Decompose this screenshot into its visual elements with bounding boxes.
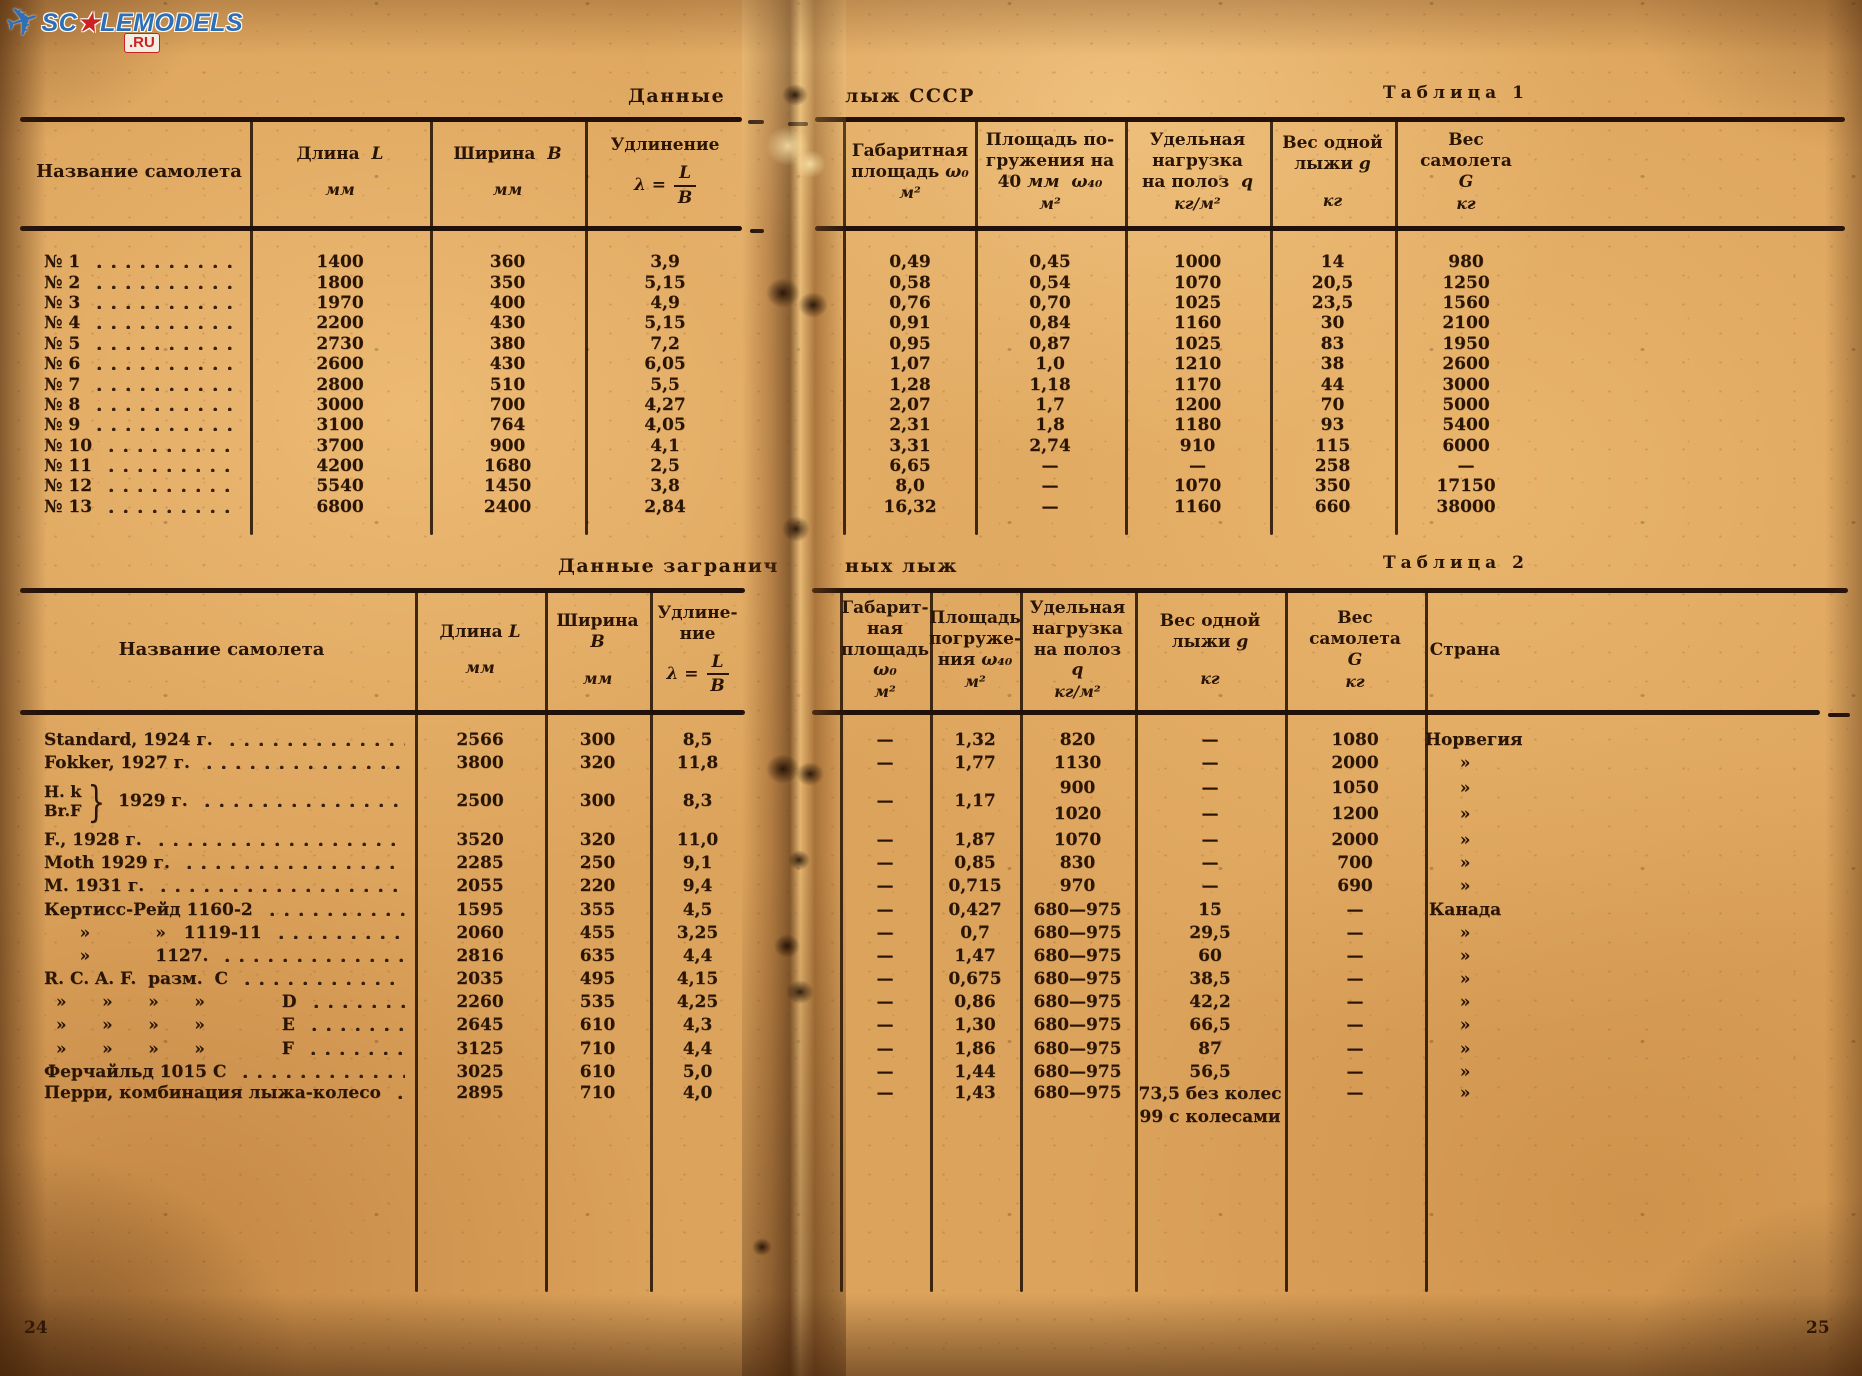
dot-leader	[154, 841, 405, 846]
cell-q: 1070	[1020, 830, 1135, 850]
stain	[752, 1238, 772, 1256]
cell-q: 9001020	[1020, 775, 1135, 828]
cell-w40: —	[975, 497, 1125, 517]
cell-g: 60	[1135, 946, 1285, 966]
cell-w0: —	[840, 1015, 930, 1035]
cell-w0: —	[840, 969, 930, 989]
cell-el: 4,0	[650, 1083, 745, 1103]
gutter-gap	[745, 594, 840, 706]
table-row: » 1127.28166354,4—1,47680—97560—»	[28, 944, 1845, 967]
header-submersion-area: Площадь погруже- ния ω₄₀ м²	[930, 594, 1020, 706]
cell-name: № 9	[28, 415, 250, 435]
cell-w0: 0,91	[845, 313, 975, 333]
cell-G: —	[1285, 992, 1425, 1012]
cell-len: 5540	[250, 476, 430, 496]
cell-w0: 1,28	[845, 375, 975, 395]
cell-q: 680—975	[1020, 969, 1135, 989]
table-row: № 422004305,150,910,841160302100	[28, 313, 1845, 333]
cell-name: » » » » D	[28, 992, 415, 1012]
table2-label: Таблица 2	[1383, 553, 1529, 573]
cell-el: 2,5	[585, 456, 745, 476]
cell-q: 970	[1020, 876, 1135, 896]
cell-g: 350	[1270, 476, 1395, 496]
cell-wid: 700	[430, 395, 585, 415]
cell-country: »	[1425, 853, 1845, 873]
cell-wid: 1680	[430, 456, 585, 476]
cell-el: 4,3	[650, 1015, 745, 1035]
cell-wid: 430	[430, 313, 585, 333]
dot-leader	[265, 911, 405, 916]
cell-len: 2200	[250, 313, 430, 333]
stain	[782, 516, 810, 542]
dot-leader	[92, 324, 240, 329]
cell-q: 1180	[1125, 415, 1270, 435]
cell-name: Standard, 1924 г.	[28, 730, 415, 750]
cell-q: 910	[1125, 436, 1270, 456]
cell-wid: 1450	[430, 476, 585, 496]
cell-G: 1250	[1395, 273, 1845, 293]
cell-w40: 0,427	[930, 900, 1020, 920]
table-row: № 626004306,051,071,01210382600	[28, 354, 1845, 374]
table-row: № 218003505,150,580,54107020,51250	[28, 272, 1845, 292]
table-row: № 114003603,90,490,45100014980	[28, 252, 1845, 272]
cell-name: » 1127.	[28, 946, 415, 966]
table2-header-rule-right	[812, 710, 1820, 715]
cell-len: 2285	[415, 853, 545, 873]
cell-len: 3000	[250, 395, 430, 415]
cell-wid: 495	[545, 969, 650, 989]
cell-g: 20,5	[1270, 273, 1395, 293]
cell-country: »	[1425, 992, 1845, 1012]
cell-g: 66,5	[1135, 1015, 1285, 1035]
cell-len: 3700	[250, 436, 430, 456]
cell-w40: 0,70	[975, 293, 1125, 313]
dot-leader	[92, 263, 240, 268]
cell-G: —	[1285, 1083, 1425, 1103]
cell-wid: 510	[430, 375, 585, 395]
cell-len: 2600	[250, 354, 430, 374]
table-row: Moth 1929 г.22852509,1—0,85830—700»	[28, 852, 1845, 875]
dot-leader	[309, 1003, 405, 1008]
table1-header-rule-left	[20, 226, 742, 231]
table-row: Ферчайльд 1015 С30256105,0—1,44680—97556…	[28, 1060, 1845, 1083]
cell-country: »	[1425, 969, 1845, 989]
cell-w40: 0,45	[975, 252, 1125, 272]
cell-wid: 635	[545, 946, 650, 966]
cell-g: —	[1135, 853, 1285, 873]
rule-dash	[1828, 713, 1850, 717]
table-row: Кертисс-Рейд 1160-215953554,5—0,427680—9…	[28, 898, 1845, 921]
cell-G: 2000	[1285, 753, 1425, 773]
dot-leader	[240, 980, 405, 985]
cell-w40: 1,18	[975, 375, 1125, 395]
cell-G: 2000	[1285, 830, 1425, 850]
cell-name: № 3	[28, 293, 250, 313]
cell-name: » » » » E	[28, 1015, 415, 1035]
cell-q: 820	[1020, 730, 1135, 750]
table-row: F., 1928 г.352032011,0—1,871070—2000»	[28, 828, 1845, 851]
cell-G: —	[1285, 1039, 1425, 1059]
cell-wid: 380	[430, 334, 585, 354]
cell-g: —	[1135, 830, 1285, 850]
table1-body: № 114003603,90,490,45100014980№ 21800350…	[28, 252, 1845, 517]
cell-w0: —	[840, 1039, 930, 1059]
gutter-gap	[745, 122, 845, 222]
cell-el: 4,25	[650, 992, 745, 1012]
table2-top-rule-right	[812, 588, 1848, 593]
cell-G: 700	[1285, 853, 1425, 873]
cell-name: » » 1119-11	[28, 923, 415, 943]
dot-leader	[238, 1073, 405, 1078]
cell-el: 4,4	[650, 1039, 745, 1059]
cell-w0: —	[840, 1083, 930, 1103]
cell-w0: —	[840, 830, 930, 850]
cell-len: 3125	[415, 1039, 545, 1059]
cell-w0: 1,07	[845, 354, 975, 374]
header-aircraft-name: Название самолета	[28, 594, 415, 706]
header-specific-load: Удельная нагрузка на полоз q кг/м²	[1020, 594, 1135, 706]
cell-len: 2730	[250, 334, 430, 354]
cell-g: 87	[1135, 1039, 1285, 1059]
cell-len: 3520	[415, 830, 545, 850]
table-row: № 11420016802,56,65——258—	[28, 456, 1845, 476]
cell-name: № 6	[28, 354, 250, 374]
cell-w0: 3,31	[845, 436, 975, 456]
cell-G: 5000	[1395, 395, 1845, 415]
cell-w40: 1,32	[930, 730, 1020, 750]
cell-el: 4,4	[650, 946, 745, 966]
cell-w40: 1,43	[930, 1083, 1020, 1103]
cell-g: —	[1135, 753, 1285, 773]
dot-leader	[307, 1026, 405, 1031]
cell-G: 1950	[1395, 334, 1845, 354]
cell-name: Ферчайльд 1015 С	[28, 1062, 415, 1082]
cell-w0: 2,31	[845, 415, 975, 435]
dot-leader	[182, 864, 405, 869]
header-overall-area: Габаритная площадь ω₀ м²	[845, 122, 975, 222]
header-ski-weight: Вес одной лыжи g кг	[1270, 122, 1395, 222]
cell-el: 3,25	[650, 923, 745, 943]
cell-g: 30	[1270, 313, 1395, 333]
table-row: № 12554014503,88,0—107035017150	[28, 476, 1845, 496]
dot-leader	[104, 508, 240, 513]
cell-G: 6000	[1395, 436, 1845, 456]
cell-name: H. kBr.F}1929 г.	[28, 782, 415, 820]
cell-w0: —	[840, 730, 930, 750]
cell-q: 1200	[1125, 395, 1270, 415]
cell-country: »	[1425, 946, 1845, 966]
table-row: № 1037009004,13,312,749101156000	[28, 436, 1845, 456]
cell-g: 56,5	[1135, 1062, 1285, 1082]
dot-leader	[225, 741, 405, 746]
table2-title-left: Данные загранич	[558, 555, 779, 577]
header-overall-area: Габарит- ная площадь ω₀ м²	[840, 594, 930, 706]
cell-name: Кертисс-Рейд 1160-2	[28, 900, 415, 920]
dot-leader	[92, 304, 240, 309]
cell-q: 680—975	[1020, 1083, 1135, 1103]
cell-wid: 430	[430, 354, 585, 374]
cell-el: 2,84	[585, 497, 745, 517]
cell-G: 980	[1395, 252, 1845, 272]
cell-len: 2060	[415, 923, 545, 943]
watermark-brand-pre: SC	[42, 9, 78, 37]
cell-el: 5,0	[650, 1062, 745, 1082]
cell-len: 2566	[415, 730, 545, 750]
cell-q: 1025	[1125, 293, 1270, 313]
cell-el: 4,15	[650, 969, 745, 989]
table1-title-right: лыж СССР	[845, 85, 975, 107]
table2-header: Название самолета Длина L мм Ширина B мм…	[28, 594, 1845, 706]
cell-el: 11,8	[650, 753, 745, 773]
cell-el: 4,9	[585, 293, 745, 313]
cell-name: R. C. A. F. разм. C	[28, 969, 415, 989]
cell-wid: 360	[430, 252, 585, 272]
cell-el: 7,2	[585, 334, 745, 354]
table-row: № 527303807,20,950,871025831950	[28, 334, 1845, 354]
cell-el: 5,15	[585, 273, 745, 293]
cell-w40: 0,85	[930, 853, 1020, 873]
cell-w0: 2,07	[845, 395, 975, 415]
table-row: № 931007644,052,311,81180935400	[28, 415, 1845, 435]
cell-G: —	[1285, 1062, 1425, 1082]
dot-leader	[104, 487, 240, 492]
cell-G: 3000	[1395, 375, 1845, 395]
cell-wid: 610	[545, 1015, 650, 1035]
cell-g: 70	[1270, 395, 1395, 415]
cell-name: № 12	[28, 476, 250, 496]
table2-body: Standard, 1924 г.25663008,5—1,32820—1080…	[28, 728, 1845, 1129]
cell-name: М. 1931 г.	[28, 876, 415, 896]
cell-g: 93	[1270, 415, 1395, 435]
rule-dash	[750, 229, 764, 233]
cell-el: 11,0	[650, 830, 745, 850]
table1-header-rule-right	[815, 226, 1845, 231]
header-length: Длина L мм	[415, 594, 545, 706]
table-row: № 728005105,51,281,181170443000	[28, 374, 1845, 394]
cell-w40: 1,30	[930, 1015, 1020, 1035]
cell-q: 1130	[1020, 753, 1135, 773]
cell-g: 38,5	[1135, 969, 1285, 989]
cell-name: № 11	[28, 456, 250, 476]
cell-len: 1970	[250, 293, 430, 313]
cell-q: 680—975	[1020, 923, 1135, 943]
cell-G: 5400	[1395, 415, 1845, 435]
cell-wid: 220	[545, 876, 650, 896]
cell-w0: —	[840, 1062, 930, 1082]
table1-header: Название самолета Длина L мм Ширина B мм…	[28, 122, 1845, 222]
cell-w40: 1,0	[975, 354, 1125, 374]
cell-len: 2055	[415, 876, 545, 896]
cell-w0: 0,58	[845, 273, 975, 293]
cell-wid: 355	[545, 900, 650, 920]
dot-leader	[92, 426, 240, 431]
cell-g: 42,2	[1135, 992, 1285, 1012]
cell-el: 4,05	[585, 415, 745, 435]
cell-g: 83	[1270, 334, 1395, 354]
cell-q: 680—975	[1020, 946, 1135, 966]
table2-title-right: ных лыж	[845, 555, 958, 577]
cell-el: 5,5	[585, 375, 745, 395]
dot-leader	[104, 447, 240, 452]
cell-w40: 0,7	[930, 923, 1020, 943]
cell-w0: 0,76	[845, 293, 975, 313]
table-row: № 830007004,272,071,71200705000	[28, 395, 1845, 415]
cell-G: 1080	[1285, 730, 1425, 750]
cell-country: »»	[1425, 775, 1845, 828]
cell-len: 2645	[415, 1015, 545, 1035]
cell-G: —	[1285, 923, 1425, 943]
cell-country: »	[1425, 876, 1845, 896]
table1-title-left: Данные	[628, 85, 725, 107]
cell-g: 14	[1270, 252, 1395, 272]
cell-len: 1595	[415, 900, 545, 920]
cell-name: Moth 1929 г.	[28, 853, 415, 873]
cell-wid: 764	[430, 415, 585, 435]
cell-wid: 320	[545, 830, 650, 850]
dot-leader	[92, 284, 240, 289]
cell-el: 3,8	[585, 476, 745, 496]
cell-q: 1000	[1125, 252, 1270, 272]
table1-label: Таблица 1	[1383, 83, 1529, 103]
cell-wid: 455	[545, 923, 650, 943]
dot-leader	[92, 386, 240, 391]
cell-name: № 4	[28, 313, 250, 333]
cell-w0: 0,49	[845, 252, 975, 272]
cell-wid: 2400	[430, 497, 585, 517]
cell-w0: —	[840, 791, 930, 811]
cell-G: 10501200	[1285, 775, 1425, 828]
cell-w40: 1,17	[930, 791, 1020, 811]
cell-len: 4200	[250, 456, 430, 476]
cell-w40: 0,715	[930, 876, 1020, 896]
header-elongation: Удлинение λ =LB	[585, 122, 745, 222]
cell-w40: 1,87	[930, 830, 1020, 850]
cell-w40: 1,77	[930, 753, 1020, 773]
header-submersion-area: Площадь по- гружения на 40 мм ω₄₀ м²	[975, 122, 1125, 222]
cell-g: —	[1135, 730, 1285, 750]
header-width: Ширина B мм	[430, 122, 585, 222]
cell-g: —	[1135, 876, 1285, 896]
cell-g: 38	[1270, 354, 1395, 374]
cell-name: F., 1928 г.	[28, 830, 415, 850]
table-row: М. 1931 г.20552209,4—0,715970—690»	[28, 875, 1845, 898]
cell-el: 4,5	[650, 900, 745, 920]
cell-wid: 400	[430, 293, 585, 313]
watermark-brand-post: LEMODELS	[100, 9, 243, 37]
cell-country: »	[1425, 1083, 1845, 1103]
table-row: № 319704004,90,760,70102523,51560	[28, 293, 1845, 313]
header-width: Ширина B мм	[545, 594, 650, 706]
table2-top-rule-left	[20, 588, 745, 593]
cell-name: № 5	[28, 334, 250, 354]
cell-w40: 1,86	[930, 1039, 1020, 1059]
cell-w0: 8,0	[845, 476, 975, 496]
cell-g: 115	[1270, 436, 1395, 456]
cell-name: № 1	[28, 252, 250, 272]
cell-el: 9,1	[650, 853, 745, 873]
cell-G: 1560	[1395, 293, 1845, 313]
cell-g: 258	[1270, 456, 1395, 476]
cell-G: 690	[1285, 876, 1425, 896]
page-number-right: 25	[1806, 1318, 1830, 1338]
cell-len: 2500	[415, 791, 545, 811]
cell-name: № 2	[28, 273, 250, 293]
cell-w0: 16,32	[845, 497, 975, 517]
cell-name: № 7	[28, 375, 250, 395]
dot-leader	[220, 957, 405, 962]
cell-G: 38000	[1395, 497, 1845, 517]
cell-el: 9,4	[650, 876, 745, 896]
cell-g: 23,5	[1270, 293, 1395, 313]
cell-el: 3,9	[585, 252, 745, 272]
cell-len: 6800	[250, 497, 430, 517]
header-specific-load: Удельная нагрузка на полоз q кг/м²	[1125, 122, 1270, 222]
cell-name: № 8	[28, 395, 250, 415]
cell-len: 2816	[415, 946, 545, 966]
watermark-tld: .RU	[124, 33, 160, 53]
cell-w40: —	[975, 476, 1125, 496]
cell-g: 660	[1270, 497, 1395, 517]
cell-wid: 610	[545, 1062, 650, 1082]
cell-q: 1210	[1125, 354, 1270, 374]
cell-country: Норвегия	[1425, 730, 1845, 750]
cell-w40: 0,54	[975, 273, 1125, 293]
cell-q: 680—975	[1020, 1015, 1135, 1035]
cell-w0: 6,65	[845, 456, 975, 476]
dot-leader	[393, 1094, 405, 1099]
cell-w40: 2,74	[975, 436, 1125, 456]
dot-leader	[306, 1050, 405, 1055]
cell-q: 680—975	[1020, 992, 1135, 1012]
cell-w40: —	[975, 456, 1125, 476]
table-row: Перри, комбинация лыжа-колесо28957104,0—…	[28, 1083, 1845, 1129]
cell-q: 1070	[1125, 476, 1270, 496]
cell-q: 1170	[1125, 375, 1270, 395]
dot-leader	[202, 764, 405, 769]
table-row: » » 1119-1120604553,25—0,7680—97529,5—»	[28, 921, 1845, 944]
dot-leader	[92, 345, 240, 350]
cell-wid: 710	[545, 1083, 650, 1103]
cell-w0: —	[840, 853, 930, 873]
table-row: Fokker, 1927 г.380032011,8—1,771130—2000…	[28, 751, 1845, 774]
header-aircraft-weight: Вес самолета G кг	[1285, 594, 1425, 706]
cell-w40: 0,86	[930, 992, 1020, 1012]
cell-w40: 1,44	[930, 1062, 1020, 1082]
dot-leader	[274, 934, 405, 939]
table-row: R. C. A. F. разм. C20354954,15—0,675680—…	[28, 968, 1845, 991]
cell-w0: 0,95	[845, 334, 975, 354]
cell-q: 680—975	[1020, 900, 1135, 920]
cell-w40: 1,47	[930, 946, 1020, 966]
cell-w40: 0,84	[975, 313, 1125, 333]
cell-country: »	[1425, 1015, 1845, 1035]
cell-name: Fokker, 1927 г.	[28, 753, 415, 773]
cell-wid: 300	[545, 730, 650, 750]
cell-q: 1160	[1125, 497, 1270, 517]
cell-q: 830	[1020, 853, 1135, 873]
cell-country: Канада	[1425, 900, 1845, 920]
cell-len: 1400	[250, 252, 430, 272]
cell-el: 4,1	[585, 436, 745, 456]
cell-G: —	[1285, 946, 1425, 966]
dot-leader	[92, 365, 240, 370]
cell-w40: 0,675	[930, 969, 1020, 989]
cell-g: 15	[1135, 900, 1285, 920]
cell-len: 3800	[415, 753, 545, 773]
header-country: Страна	[1425, 594, 1845, 706]
dot-leader	[156, 887, 405, 892]
cell-q: 1025	[1125, 334, 1270, 354]
